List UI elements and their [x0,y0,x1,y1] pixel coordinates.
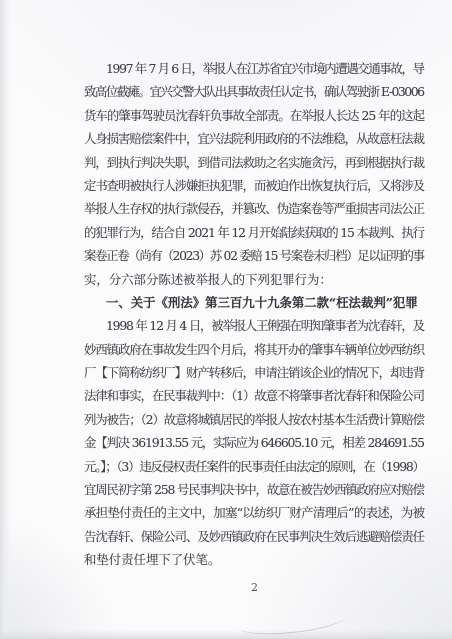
text-line: 的犯罪行为，结合自 2021 年 12 月开始陆续获取的 15 本裁判、执行 [84,221,425,244]
text-line: 1998 年 12 月 4 日，被举报人王俐强在明知肇事者为沈春轩，及 [84,314,425,337]
text-line: 列为被告；（2）故意将城镇居民的举报人按农村基本生活费计算赔偿 [84,408,425,431]
text-line: 元。】；（3）违反侵权责任案件的民事责任由法定的原则，在（1998） [84,455,425,478]
page-number: 2 [84,581,425,594]
text-line: 和垫付责任埋下了伏笔。 [84,548,425,571]
text-line: 货车的肇事驾驶员沈春轩负事故全部责。在举报人长达 25 年的这起 [84,104,425,127]
text-line: 定书查明被执行人涉嫌拒执犯罪，而被迫作出恢复执行后，又将涉及 [84,174,425,197]
text-line: 举报人生存权的执行款侵吞，并篡改、伪造案卷等严重损害司法公正 [84,197,425,220]
text-line: 承担垫付责任的主文中，加塞“以纺织厂财产清理后”的表述，为被 [84,501,425,524]
text-line: 实，分六部分陈述被举报人的下列犯罪行为： [84,268,425,291]
text-line: 宜周民初字第 258 号民事判决书中，故意在被告妙西镇政府应对赔偿 [84,478,425,501]
text-line: 致高位截瘫。宜兴交警大队出具事故责任认定书，确认驾驶浙 E-03006 [84,80,425,103]
text-line: 妙西镇政府在事故发生四个月后，将其开办的肇事车辆单位妙西纺织 [84,338,425,361]
scan-left-edge-shadow [0,0,10,639]
document-body: 1997 年 7 月 6 日，举报人在江苏省宜兴市境内遭遇交通事故，导致高位截瘫… [84,57,425,572]
text-line: 金【判决 361913.55 元，实际应为 646605.10 元，相差 284… [84,431,425,454]
scanned-page: 1997 年 7 月 6 日，举报人在江苏省宜兴市境内遭遇交通事故，导致高位截瘫… [0,0,452,639]
scan-bottom-edge-shadow [0,630,452,639]
text-line: 厂【下简称纺织厂】财产转移后，申请注销该企业的情况下，却违背 [84,361,425,384]
text-line: 法律和事实，在民事裁判中：（1）故意不将肇事者沈春轩和保险公司 [84,384,425,407]
text-line: 案卷正卷（尚有（2023）苏 02 委赔 15 号案卷未归档）足以证明的事 [84,244,425,267]
text-line: 1997 年 7 月 6 日，举报人在江苏省宜兴市境内遭遇交通事故，导 [84,57,425,80]
text-line: 判，到执行判决失职，到借司法救助之名实施贪污，再到根据执行裁 [84,151,425,174]
text-line: 告沈春轩、保险公司、及妙西镇政府在民事判决生效后逃避赔偿责任 [84,525,425,548]
text-line: 一、关于《刑法》第三百九十九条第二款“枉法裁判”犯罪 [84,291,425,314]
text-line: 人身损害赔偿案件中，宜兴法院利用政府的不法维稳，从故意枉法裁 [84,127,425,150]
